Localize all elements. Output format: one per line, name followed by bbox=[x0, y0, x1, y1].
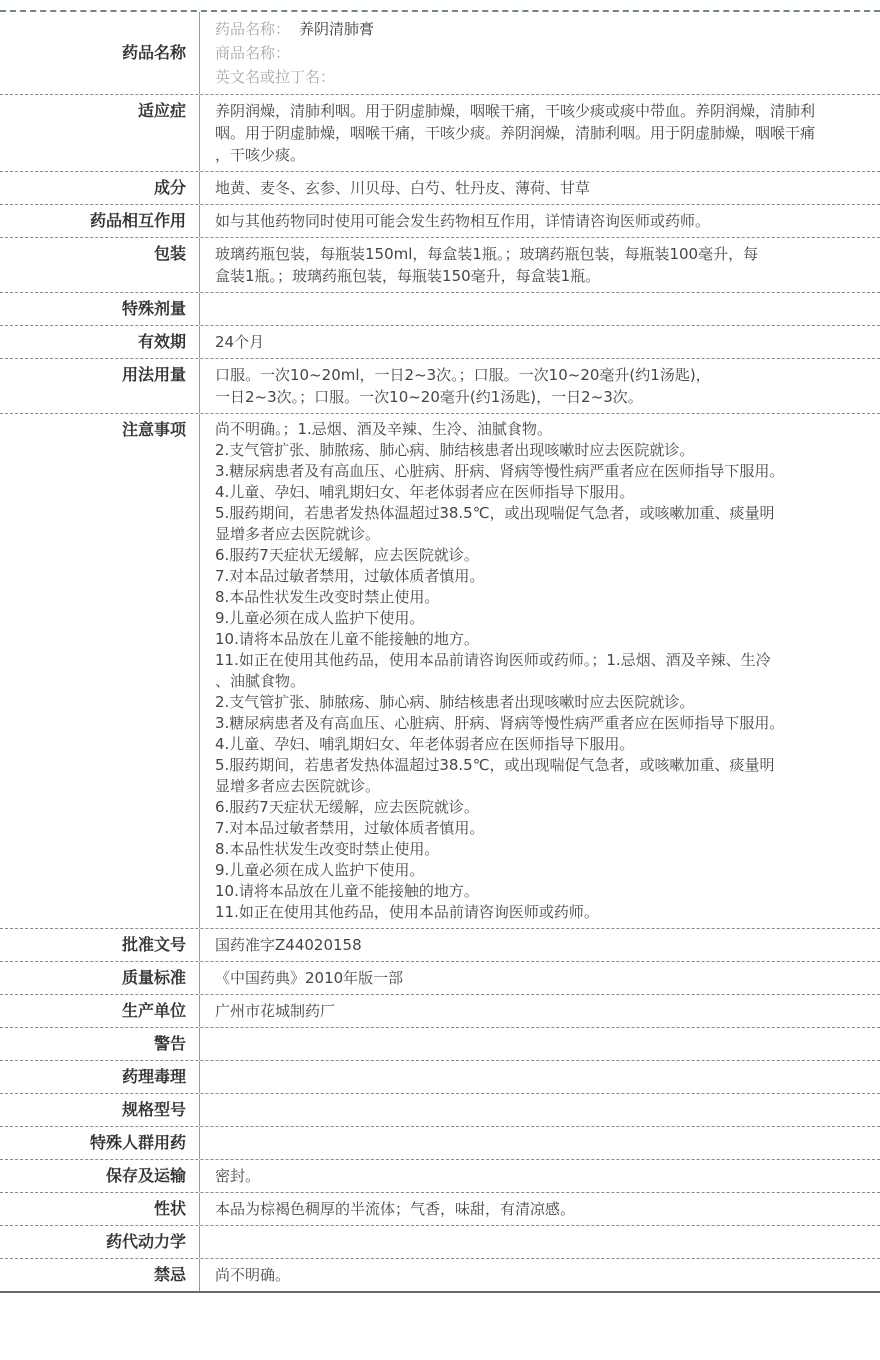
row-content-cell: 本品为棕褐色稠厚的半流体；气香，味甜，有清凉感。 bbox=[200, 1193, 880, 1225]
content-line: 2.支气管扩张、肺脓疡、肺心病、肺结核患者出现咳嗽时应去医院就诊。 bbox=[215, 692, 862, 713]
table-row-special-dosage: 特殊剂量 bbox=[0, 293, 880, 326]
table-row-drug-name: 药品名称药品名称：养阴清肺膏商品名称：英文名或拉丁名： bbox=[0, 12, 880, 95]
row-content-cell bbox=[200, 293, 880, 325]
row-label-cell: 注意事项 bbox=[0, 414, 200, 928]
row-label-cell: 禁忌 bbox=[0, 1259, 200, 1291]
row-content-cell: 如与其他药物同时使用可能会发生药物相互作用，详情请咨询医师或药师。 bbox=[200, 205, 880, 237]
content-line: 《中国药典》2010年版一部 bbox=[215, 967, 862, 989]
row-content-cell bbox=[200, 1127, 880, 1159]
content-line: 5.服药期间，若患者发热体温超过38.5℃，或出现喘促气急者，或咳嗽加重、痰量明 bbox=[215, 503, 862, 524]
row-label: 药代动力学 bbox=[106, 1231, 186, 1253]
content-line: 显增多者应去医院就诊。 bbox=[215, 524, 862, 545]
row-label: 警告 bbox=[154, 1033, 186, 1055]
content-line: 如与其他药物同时使用可能会发生药物相互作用，详情请咨询医师或药师。 bbox=[215, 210, 862, 232]
content-line: 一日2~3次。；口服。一次10~20毫升(约1汤匙)，一日2~3次。 bbox=[215, 386, 862, 408]
row-label: 性状 bbox=[154, 1198, 186, 1220]
row-label-cell: 有效期 bbox=[0, 326, 200, 358]
row-label: 禁忌 bbox=[154, 1264, 186, 1286]
content-line: 5.服药期间，若患者发热体温超过38.5℃，或出现喘促气急者，或咳嗽加重、痰量明 bbox=[215, 755, 862, 776]
row-label: 保存及运输 bbox=[106, 1165, 186, 1187]
row-label: 规格型号 bbox=[122, 1099, 186, 1121]
content-line: 6.服药7天症状无缓解，应去医院就诊。 bbox=[215, 545, 862, 566]
name-field-line: 商品名称： bbox=[215, 41, 862, 65]
row-content-cell: 密封。 bbox=[200, 1160, 880, 1192]
table-row-warning: 警告 bbox=[0, 1028, 880, 1061]
row-label: 特殊剂量 bbox=[122, 298, 186, 320]
table-row-ingredients: 成分地黄、麦冬、玄参、川贝母、白芍、牡丹皮、薄荷、甘草 bbox=[0, 172, 880, 205]
table-row-quality-standard: 质量标准《中国药典》2010年版一部 bbox=[0, 962, 880, 995]
table-row-approval-number: 批准文号国药准字Z44020158 bbox=[0, 929, 880, 962]
content-line: 24个月 bbox=[215, 331, 862, 353]
table-row-pharmacology-toxicology: 药理毒理 bbox=[0, 1061, 880, 1094]
content-line: 盒装1瓶。；玻璃药瓶包装，每瓶装150毫升，每盒装1瓶。 bbox=[215, 265, 862, 287]
row-label: 批准文号 bbox=[122, 934, 186, 956]
row-label: 特殊人群用药 bbox=[90, 1132, 186, 1154]
table-row-shelf-life: 有效期24个月 bbox=[0, 326, 880, 359]
content-line: 咽。用于阴虚肺燥，咽喉干痛，干咳少痰。养阴润燥，清肺利咽。用于阴虚肺燥，咽喉干痛 bbox=[215, 122, 862, 144]
table-row-packaging: 包装玻璃药瓶包装，每瓶装150ml，每盒装1瓶。；玻璃药瓶包装，每瓶装100毫升… bbox=[0, 238, 880, 293]
content-line: ，干咳少痰。 bbox=[215, 144, 862, 166]
field-key: 英文名或拉丁名： bbox=[215, 68, 335, 86]
row-label-cell: 药品相互作用 bbox=[0, 205, 200, 237]
row-label: 用法用量 bbox=[122, 364, 186, 386]
content-line: 9.儿童必须在成人监护下使用。 bbox=[215, 860, 862, 881]
table-row-specification: 规格型号 bbox=[0, 1094, 880, 1127]
content-line: 8.本品性状发生改变时禁止使用。 bbox=[215, 587, 862, 608]
row-content-cell: 养阴润燥，清肺利咽。用于阴虚肺燥，咽喉干痛，干咳少痰或痰中带血。养阴润燥，清肺利… bbox=[200, 95, 880, 171]
content-line: 国药准字Z44020158 bbox=[215, 934, 862, 956]
row-label: 有效期 bbox=[138, 331, 186, 353]
row-label-cell: 包装 bbox=[0, 238, 200, 292]
field-key: 药品名称： bbox=[215, 20, 290, 38]
row-label-cell: 批准文号 bbox=[0, 929, 200, 961]
row-content-cell: 地黄、麦冬、玄参、川贝母、白芍、牡丹皮、薄荷、甘草 bbox=[200, 172, 880, 204]
row-content-cell: 《中国药典》2010年版一部 bbox=[200, 962, 880, 994]
row-label-cell: 保存及运输 bbox=[0, 1160, 200, 1192]
row-label-cell: 特殊人群用药 bbox=[0, 1127, 200, 1159]
content-line: 3.糖尿病患者及有高血压、心脏病、肝病、肾病等慢性病严重者应在医师指导下服用。 bbox=[215, 461, 862, 482]
drug-info-table: 药品名称药品名称：养阴清肺膏商品名称：英文名或拉丁名：适应症养阴润燥，清肺利咽。… bbox=[0, 10, 880, 1293]
content-line: 2.支气管扩张、肺脓疡、肺心病、肺结核患者出现咳嗽时应去医院就诊。 bbox=[215, 440, 862, 461]
row-label: 药理毒理 bbox=[122, 1066, 186, 1088]
field-key: 商品名称： bbox=[215, 44, 290, 62]
content-line: 本品为棕褐色稠厚的半流体；气香，味甜，有清凉感。 bbox=[215, 1198, 862, 1220]
row-content-cell: 尚不明确。；1.忌烟、酒及辛辣、生冷、油腻食物。2.支气管扩张、肺脓疡、肺心病、… bbox=[200, 414, 880, 928]
row-content-cell bbox=[200, 1028, 880, 1060]
row-label: 质量标准 bbox=[122, 967, 186, 989]
table-row-properties: 性状本品为棕褐色稠厚的半流体；气香，味甜，有清凉感。 bbox=[0, 1193, 880, 1226]
row-label-cell: 生产单位 bbox=[0, 995, 200, 1027]
table-row-drug-interactions: 药品相互作用如与其他药物同时使用可能会发生药物相互作用，详情请咨询医师或药师。 bbox=[0, 205, 880, 238]
content-line: 7.对本品过敏者禁用，过敏体质者慎用。 bbox=[215, 818, 862, 839]
row-label: 注意事项 bbox=[122, 419, 186, 441]
row-content-cell: 广州市花城制药厂 bbox=[200, 995, 880, 1027]
table-row-dosage-usage: 用法用量口服。一次10~20ml，一日2~3次。；口服。一次10~20毫升(约1… bbox=[0, 359, 880, 414]
content-line: 7.对本品过敏者禁用，过敏体质者慎用。 bbox=[215, 566, 862, 587]
row-label-cell: 用法用量 bbox=[0, 359, 200, 413]
content-line: 口服。一次10~20ml，一日2~3次。；口服。一次10~20毫升(约1汤匙)， bbox=[215, 364, 862, 386]
content-line: 密封。 bbox=[215, 1165, 862, 1187]
row-label-cell: 药品名称 bbox=[0, 12, 200, 94]
table-row-special-populations: 特殊人群用药 bbox=[0, 1127, 880, 1160]
content-line: 3.糖尿病患者及有高血压、心脏病、肝病、肾病等慢性病严重者应在医师指导下服用。 bbox=[215, 713, 862, 734]
content-line: 6.服药7天症状无缓解，应去医院就诊。 bbox=[215, 797, 862, 818]
row-label-cell: 药理毒理 bbox=[0, 1061, 200, 1093]
row-content-cell: 口服。一次10~20ml，一日2~3次。；口服。一次10~20毫升(约1汤匙)，… bbox=[200, 359, 880, 413]
row-content-cell bbox=[200, 1226, 880, 1258]
content-line: 尚不明确。 bbox=[215, 1264, 862, 1286]
row-label-cell: 规格型号 bbox=[0, 1094, 200, 1126]
table-row-precautions: 注意事项尚不明确。；1.忌烟、酒及辛辣、生冷、油腻食物。2.支气管扩张、肺脓疡、… bbox=[0, 414, 880, 929]
row-content-cell: 国药准字Z44020158 bbox=[200, 929, 880, 961]
content-line: 4.儿童、孕妇、哺乳期妇女、年老体弱者应在医师指导下服用。 bbox=[215, 482, 862, 503]
content-line: 玻璃药瓶包装，每瓶装150ml，每盒装1瓶。；玻璃药瓶包装，每瓶装100毫升，每 bbox=[215, 243, 862, 265]
content-line: 、油腻食物。 bbox=[215, 671, 862, 692]
row-label: 适应症 bbox=[138, 100, 186, 122]
row-label-cell: 适应症 bbox=[0, 95, 200, 171]
row-content-cell bbox=[200, 1094, 880, 1126]
table-row-contraindications: 禁忌尚不明确。 bbox=[0, 1259, 880, 1291]
content-line: 尚不明确。；1.忌烟、酒及辛辣、生冷、油腻食物。 bbox=[215, 419, 862, 440]
row-label-cell: 特殊剂量 bbox=[0, 293, 200, 325]
content-line: 11.如正在使用其他药品，使用本品前请咨询医师或药师。 bbox=[215, 902, 862, 923]
row-label-cell: 成分 bbox=[0, 172, 200, 204]
table-row-indications: 适应症养阴润燥，清肺利咽。用于阴虚肺燥，咽喉干痛，干咳少痰或痰中带血。养阴润燥，… bbox=[0, 95, 880, 172]
table-row-manufacturer: 生产单位广州市花城制药厂 bbox=[0, 995, 880, 1028]
content-line: 11.如正在使用其他药品，使用本品前请咨询医师或药师。；1.忌烟、酒及辛辣、生冷 bbox=[215, 650, 862, 671]
row-content-cell: 玻璃药瓶包装，每瓶装150ml，每盒装1瓶。；玻璃药瓶包装，每瓶装100毫升，每… bbox=[200, 238, 880, 292]
content-line: 8.本品性状发生改变时禁止使用。 bbox=[215, 839, 862, 860]
content-line: 10.请将本品放在儿童不能接触的地方。 bbox=[215, 881, 862, 902]
row-label: 成分 bbox=[154, 177, 186, 199]
row-label-cell: 性状 bbox=[0, 1193, 200, 1225]
row-content-cell: 药品名称：养阴清肺膏商品名称：英文名或拉丁名： bbox=[200, 12, 880, 94]
row-label: 生产单位 bbox=[122, 1000, 186, 1022]
table-row-pharmacokinetics: 药代动力学 bbox=[0, 1226, 880, 1259]
row-label-cell: 警告 bbox=[0, 1028, 200, 1060]
row-label: 药品名称 bbox=[122, 42, 186, 64]
row-label-cell: 质量标准 bbox=[0, 962, 200, 994]
row-label-cell: 药代动力学 bbox=[0, 1226, 200, 1258]
row-label: 药品相互作用 bbox=[90, 210, 186, 232]
content-line: 10.请将本品放在儿童不能接触的地方。 bbox=[215, 629, 862, 650]
content-line: 4.儿童、孕妇、哺乳期妇女、年老体弱者应在医师指导下服用。 bbox=[215, 734, 862, 755]
content-line: 9.儿童必须在成人监护下使用。 bbox=[215, 608, 862, 629]
content-line: 养阴润燥，清肺利咽。用于阴虚肺燥，咽喉干痛，干咳少痰或痰中带血。养阴润燥，清肺利 bbox=[215, 100, 862, 122]
table-row-storage-transport: 保存及运输密封。 bbox=[0, 1160, 880, 1193]
field-value: 养阴清肺膏 bbox=[299, 20, 374, 38]
row-content-cell: 尚不明确。 bbox=[200, 1259, 880, 1291]
content-line: 显增多者应去医院就诊。 bbox=[215, 776, 862, 797]
content-line: 广州市花城制药厂 bbox=[215, 1000, 862, 1022]
row-content-cell: 24个月 bbox=[200, 326, 880, 358]
name-field-line: 药品名称：养阴清肺膏 bbox=[215, 17, 862, 41]
row-content-cell bbox=[200, 1061, 880, 1093]
row-label: 包装 bbox=[154, 243, 186, 265]
name-field-line: 英文名或拉丁名： bbox=[215, 65, 862, 89]
content-line: 地黄、麦冬、玄参、川贝母、白芍、牡丹皮、薄荷、甘草 bbox=[215, 177, 862, 199]
